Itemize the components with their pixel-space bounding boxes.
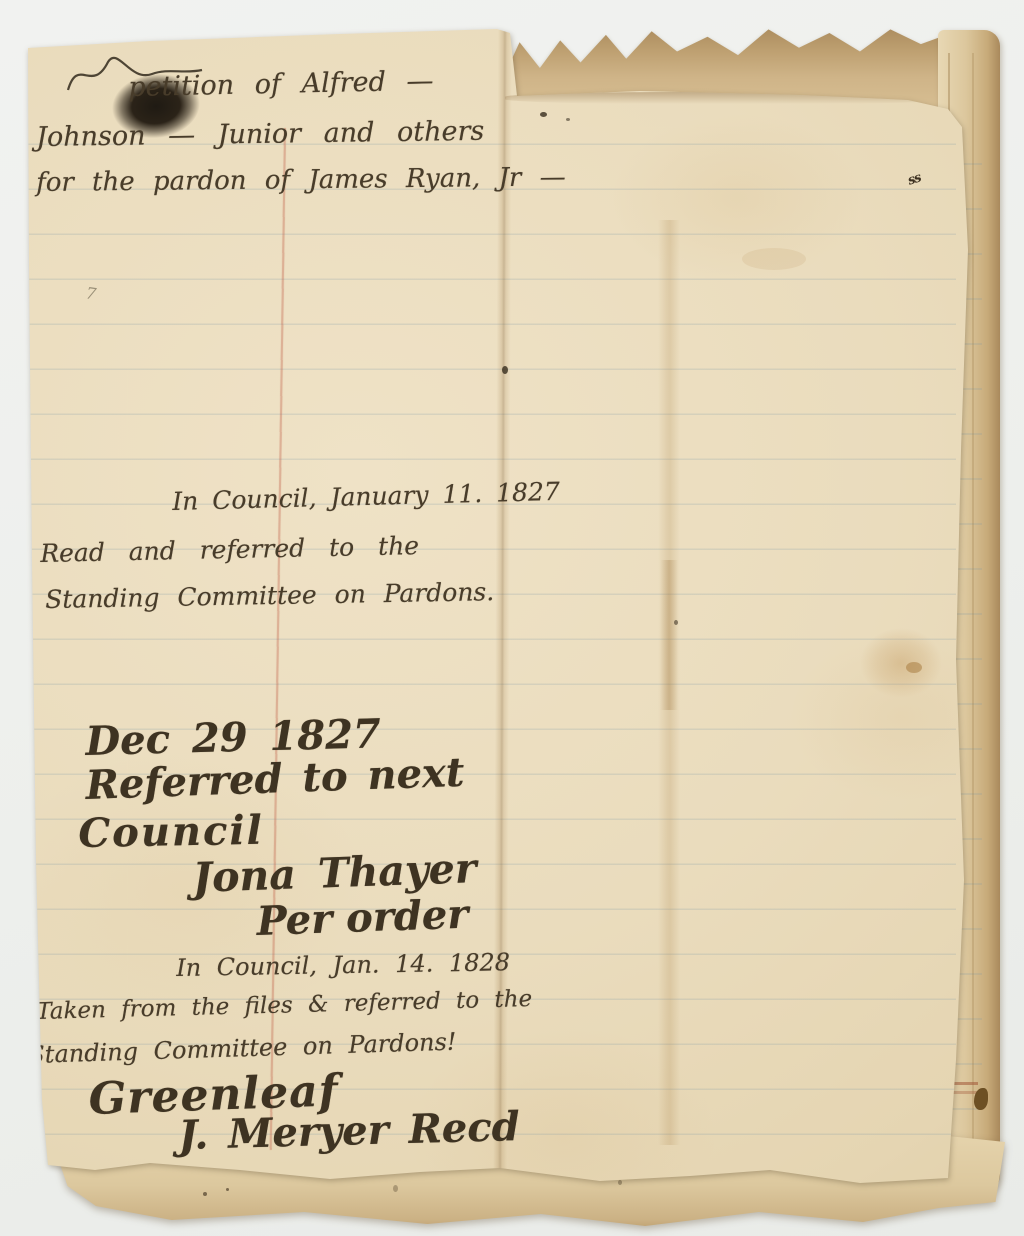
handwriting-per-order: Per order: [256, 895, 469, 942]
handwriting-petition-line-1: petition of Alfred —: [128, 68, 434, 101]
handwriting-petition-line-2: Johnson — Junior and others: [36, 118, 484, 151]
manuscript-scan: ss 7 petition of Alfred — Johnson — Juni…: [0, 0, 1024, 1236]
handwriting-dec-1827-line-2: Council: [78, 811, 264, 854]
signature-countersignature: J. Meryer Recd: [178, 1107, 520, 1156]
speck: [540, 112, 547, 117]
handwriting-petition-line-3: for the pardon of James Ryan, Jr —: [36, 164, 566, 196]
manuscript-page: ss 7 petition of Alfred — Johnson — Juni…: [0, 0, 1024, 1236]
speck: [566, 118, 570, 121]
handwriting-council-1827-line-2: Standing Committee on Pardons.: [45, 579, 494, 612]
handwriting-council-1827-line-1: Read and referred to the: [40, 533, 419, 566]
speck: [674, 620, 678, 625]
speck: [502, 366, 508, 374]
manuscript-page-wrap: ss 7 petition of Alfred — Johnson — Juni…: [0, 0, 1024, 1236]
handwriting-council-1828-heading: In Council, Jan. 14. 1828: [176, 950, 510, 980]
